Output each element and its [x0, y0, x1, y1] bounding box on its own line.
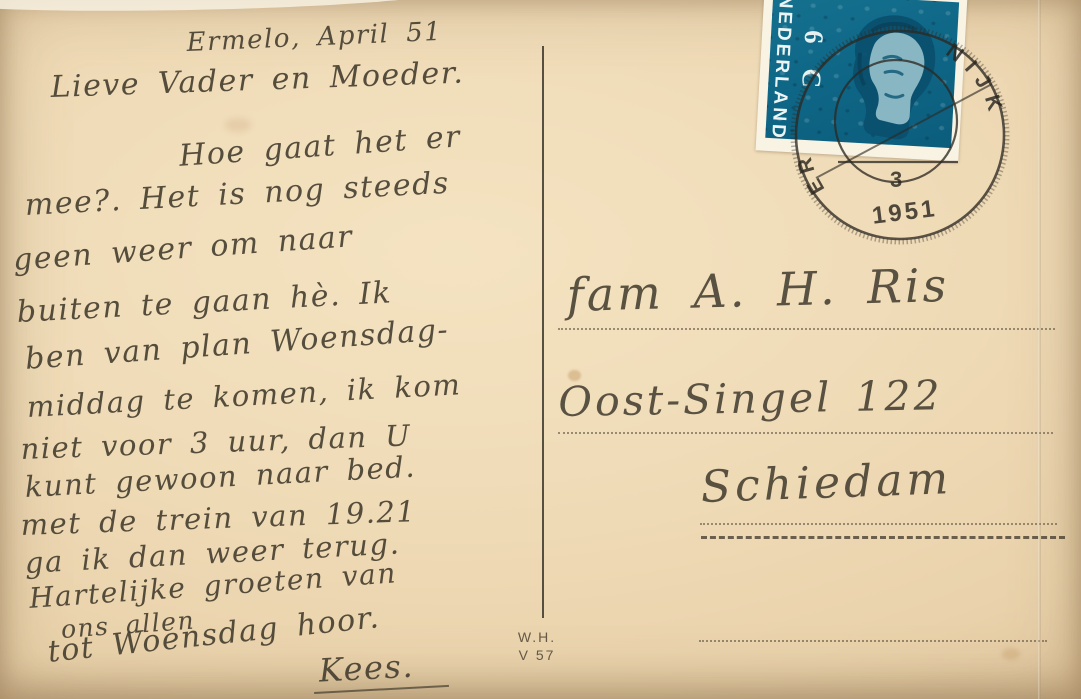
paper-stain	[225, 118, 251, 132]
address-rule-2	[558, 432, 1053, 434]
message-salutation: Lieve Vader en Moeder.	[50, 56, 465, 105]
message-dateline: Ermelo, April 51	[186, 17, 443, 58]
message-line: geen weer om naar	[12, 219, 354, 278]
publisher-imprint: W.H. V 57	[497, 628, 577, 664]
address-street: Oost-Singel 122	[558, 371, 943, 426]
address-rule-4	[699, 640, 1047, 642]
message-signature: Kees.	[312, 645, 449, 694]
postcard-photo: Ermelo, April 51 Lieve Vader en Moeder. …	[0, 0, 1081, 699]
svg-text:NIJK: NIJK	[942, 39, 1009, 122]
series-number: V 57	[497, 646, 577, 664]
postcard-back: Ermelo, April 51 Lieve Vader en Moeder. …	[0, 0, 1081, 699]
publisher-initials: W.H.	[497, 628, 577, 646]
divider-line	[542, 46, 544, 618]
address-rule-1	[558, 328, 1055, 330]
address-rule-3b	[701, 536, 1065, 539]
postmark-town-right: NIJK	[942, 39, 1009, 122]
postmark-year: 1951	[871, 195, 939, 230]
message-line: mee?. Het is nog steeds	[24, 166, 451, 223]
postmark-day: 3	[890, 167, 902, 192]
paper-stain	[1002, 648, 1020, 660]
paper-stain	[568, 370, 581, 381]
message-line: middag te komen, ik kom	[26, 367, 462, 424]
address-rule-3	[700, 523, 1057, 525]
paper-crease	[1038, 0, 1041, 699]
address-city: Schiedam	[700, 453, 953, 513]
card-top-edge-highlight	[0, 0, 450, 15]
message-line: Hoe gaat het er	[178, 119, 462, 174]
address-recipient: fam A. H. Ris	[566, 258, 950, 322]
postmark-cancel: ER NIJK 3 1951	[780, 15, 1020, 255]
